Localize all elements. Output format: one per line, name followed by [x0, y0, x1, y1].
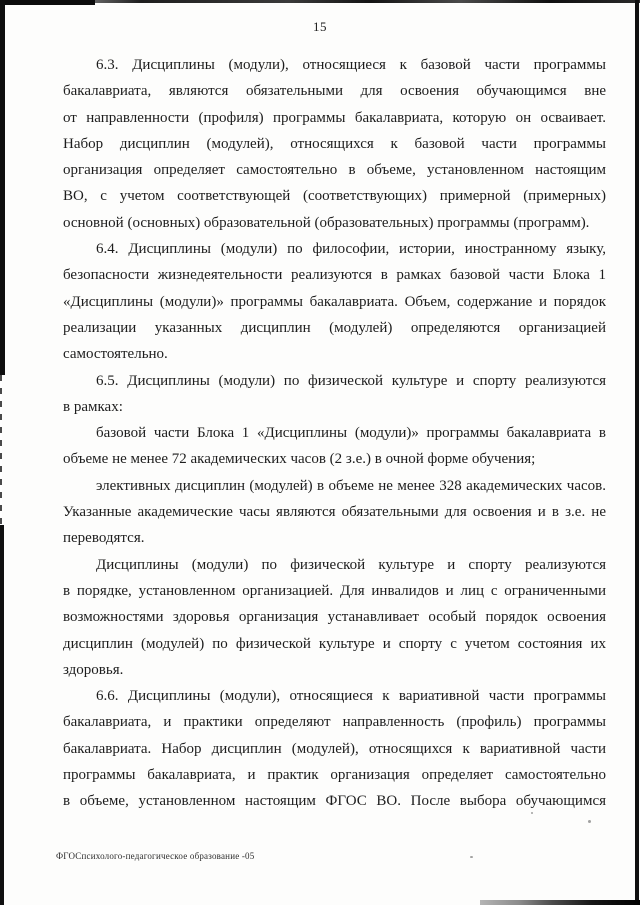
text-line: организация определяет самостоятельно в …	[63, 157, 606, 183]
text-line: 6.3. Дисциплины (модули), относящиеся к …	[63, 52, 606, 78]
scan-edge-left-middle	[0, 375, 2, 525]
text-line: Указанные академические часы являются об…	[63, 499, 606, 525]
text-line: ВО, с учетом соответствующей (соответств…	[63, 183, 606, 209]
text-line: в объеме, установленном настоящим ФГОС В…	[63, 788, 606, 814]
text-line: основной (основных) образовательной (обр…	[63, 210, 606, 236]
text-line: Набор дисциплин (модулей), относящихся к…	[63, 131, 606, 157]
text-line: «Дисциплины (модули)» программы бакалавр…	[63, 289, 606, 315]
text-line: 6.4. Дисциплины (модули) по философии, и…	[63, 236, 606, 262]
scan-speck	[470, 856, 473, 858]
page-number: 15	[0, 19, 640, 35]
text-line: Дисциплины (модули) по физической культу…	[63, 552, 606, 578]
text-line: переводятся.	[63, 525, 606, 551]
text-line: в рамках:	[63, 394, 606, 420]
text-line: программы бакалавриата, и практик органи…	[63, 762, 606, 788]
text-line: 6.6. Дисциплины (модули), относящиеся к …	[63, 683, 606, 709]
scan-edge-top-left	[0, 0, 95, 5]
scan-edge-top	[0, 0, 640, 3]
text-line: бакалавриата, являются обязательными для…	[63, 78, 606, 104]
scan-edge-left-upper	[0, 0, 5, 375]
text-line: здоровья.	[63, 657, 606, 683]
text-line: от направленности (профиля) программы ба…	[63, 105, 606, 131]
text-line: возможностями здоровья организация устан…	[63, 604, 606, 630]
scan-speck	[588, 820, 591, 823]
document-page: 15 6.3. Дисциплины (модули), относящиеся…	[0, 0, 640, 905]
text-line: дисциплин (модулей) по физической культу…	[63, 631, 606, 657]
scan-edge-bottom-right	[480, 900, 640, 905]
scan-edge-left-lower	[0, 525, 4, 905]
text-line: бакалавриата, и практики определяют напр…	[63, 709, 606, 735]
text-line: объеме не менее 72 академических часов (…	[63, 446, 606, 472]
text-line: самостоятельно.	[63, 341, 606, 367]
text-line: 6.5. Дисциплины (модули) по физической к…	[63, 368, 606, 394]
text-line: элективных дисциплин (модулей) в объеме …	[63, 473, 606, 499]
scan-edge-right	[635, 0, 639, 905]
text-line: базовой части Блока 1 «Дисциплины (модул…	[63, 420, 606, 446]
text-line: безопасности жизнедеятельности реализуют…	[63, 262, 606, 288]
text-line: в порядке, установленном организацией. Д…	[63, 578, 606, 604]
text-line: бакалавриата. Набор дисциплин (модулей),…	[63, 736, 606, 762]
document-body: 6.3. Дисциплины (модули), относящиеся к …	[63, 52, 606, 815]
text-line: реализации указанных дисциплин (модулей)…	[63, 315, 606, 341]
footer-note: ФГОСпсихолого-педагогическое образование…	[56, 851, 254, 861]
